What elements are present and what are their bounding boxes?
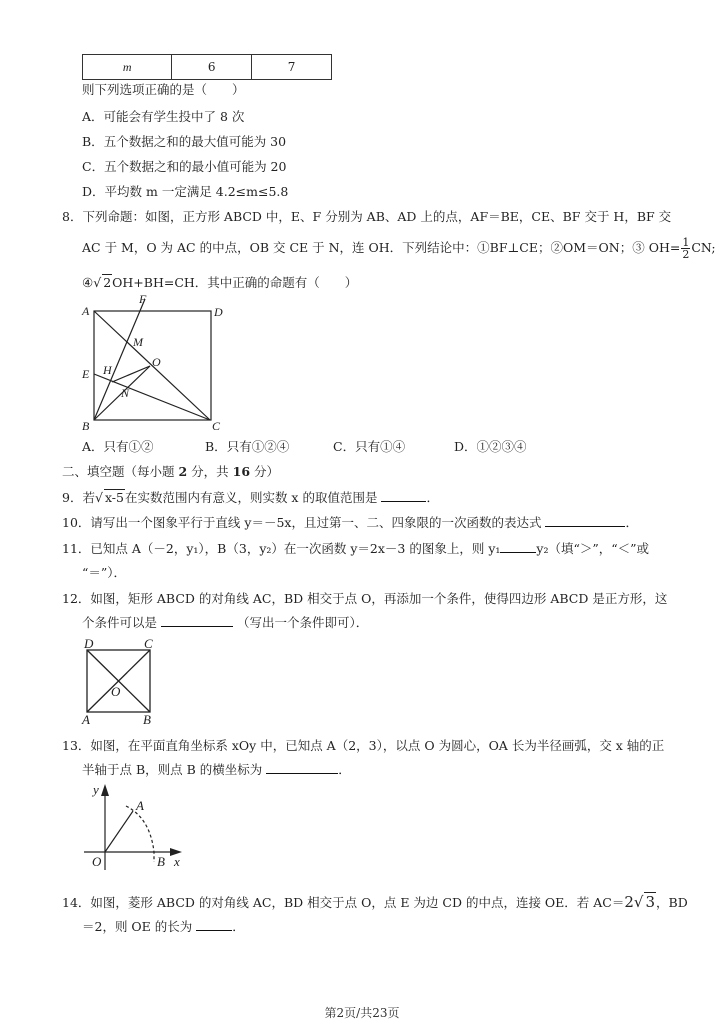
point-label-b: B — [157, 854, 165, 869]
answer-blank[interactable] — [196, 918, 232, 931]
axis-label-x: x — [173, 854, 180, 869]
coefficient: 2 — [624, 893, 634, 911]
q14-line2: ＝2，则 OE 的长为 ． — [82, 917, 245, 935]
q13-figure-coordinate: y x O A B — [0, 0, 724, 1024]
question-number: 14． — [62, 895, 90, 910]
question-text: 如图，菱形 ABCD 的对角线 AC，BD 相交于点 O，点 E 为边 CD 的… — [90, 895, 624, 910]
point-label-o: O — [92, 854, 102, 869]
sqrt-symbol: √ — [634, 893, 644, 911]
axis-label-y: y — [91, 782, 99, 797]
page-number: 第2页/共23页 — [0, 1004, 724, 1021]
question-text: ，BD — [656, 895, 688, 910]
sqrt-radicand: 3 — [644, 892, 656, 911]
point-label-a: A — [135, 798, 144, 813]
question-text: ＝2，则 OE 的长为 — [82, 919, 192, 934]
q14-line1: 14．如图，菱形 ABCD 的对角线 AC，BD 相交于点 O，点 E 为边 C… — [62, 892, 688, 911]
segment-oa — [105, 811, 133, 852]
punctuation: ． — [232, 919, 245, 934]
y-axis-arrow-icon — [101, 784, 109, 796]
